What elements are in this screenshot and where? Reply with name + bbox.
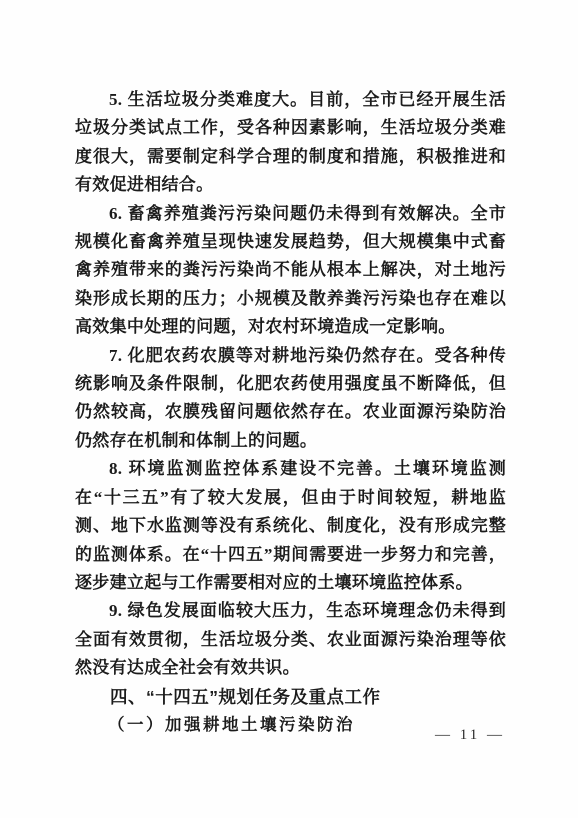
document-body: 5. 生活垃圾分类难度大。目前，全市已经开展生活垃圾分类试点工作，受各种因素影响…	[75, 86, 506, 739]
body-paragraph-9: 9. 绿色发展面临较大压力，生态环境理念仍未得到全面有效贯彻，生活垃圾分类、农业…	[75, 597, 506, 682]
page-number: — 11 —	[435, 727, 505, 744]
document-page: 5. 生活垃圾分类难度大。目前，全市已经开展生活垃圾分类试点工作，受各种因素影响…	[0, 0, 578, 818]
body-paragraph-6: 6. 畜禽养殖粪污污染问题仍未得到有效解决。全市规模化畜禽养殖呈现快速发展趋势，…	[75, 200, 506, 342]
body-paragraph-7: 7. 化肥农药农膜等对耕地污染仍然存在。受各种传统影响及条件限制，化肥农药使用强…	[75, 342, 506, 456]
section-heading: 四、“十四五”规划任务及重点工作	[75, 683, 506, 711]
body-paragraph-5: 5. 生活垃圾分类难度大。目前，全市已经开展生活垃圾分类试点工作，受各种因素影响…	[75, 86, 506, 200]
body-paragraph-8: 8. 环境监测监控体系建设不完善。土壤环境监测在“十三五”有了较大发展，但由于时…	[75, 455, 506, 597]
